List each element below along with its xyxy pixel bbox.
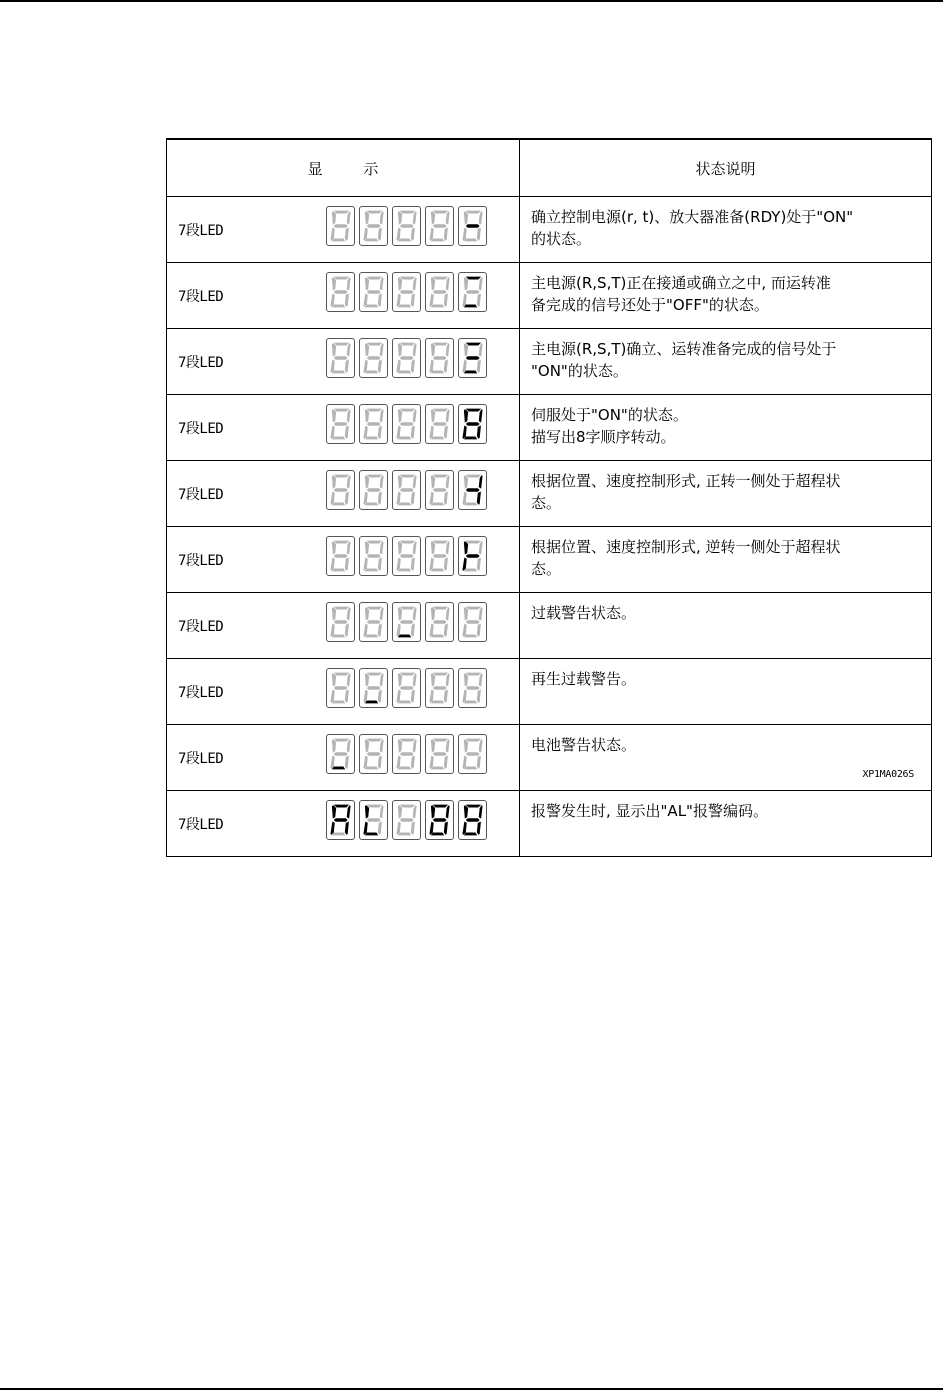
led-status-table: 显 示 状态说明 7段LED确立控制电源(r, t)、放大器准备(RDY)处于"… [166, 138, 932, 857]
seven-segment-display [326, 404, 487, 444]
seven-segment-digit-icon [326, 602, 355, 642]
table-row: 7段LED电池警告状态。 [167, 725, 932, 791]
seven-segment-digit-icon [458, 800, 487, 840]
seven-segment-display [326, 668, 487, 708]
seven-segment-digit-icon [359, 734, 388, 774]
display-cell: 7段LED [167, 725, 520, 791]
seven-segment-display [326, 536, 487, 576]
status-description: 确立控制电源(r, t)、放大器准备(RDY)处于"ON"的状态。 [520, 197, 932, 263]
display-cell: 7段LED [167, 263, 520, 329]
page-bottom-rule [0, 1388, 943, 1390]
seven-segment-digit-icon [326, 206, 355, 246]
description-line: 确立控制电源(r, t)、放大器准备(RDY)处于"ON" [531, 206, 921, 228]
led-label: 7段LED [178, 220, 223, 240]
seven-segment-digit-icon [359, 404, 388, 444]
seven-segment-digit-icon [458, 536, 487, 576]
description-line: 描写出8字顺序转动。 [531, 426, 921, 448]
description-line: 备完成的信号还处于"OFF"的状态。 [531, 294, 921, 316]
seven-segment-digit-icon [425, 206, 454, 246]
seven-segment-display [326, 338, 487, 378]
seven-segment-digit-icon [326, 800, 355, 840]
seven-segment-digit-icon [425, 272, 454, 312]
table-row: 7段LED过载警告状态。 [167, 593, 932, 659]
seven-segment-digit-icon [326, 272, 355, 312]
seven-segment-digit-icon [326, 404, 355, 444]
description-line: 根据位置、速度控制形式, 逆转一侧处于超程状 [531, 536, 921, 558]
seven-segment-digit-icon [392, 206, 421, 246]
description-line: 报警发生时, 显示出"AL"报警编码。 [531, 800, 921, 822]
status-description: 过载警告状态。 [520, 593, 932, 659]
seven-segment-display [326, 800, 487, 840]
display-cell: 7段LED [167, 659, 520, 725]
description-line: 过载警告状态。 [531, 602, 921, 624]
display-cell: 7段LED [167, 593, 520, 659]
seven-segment-digit-icon [326, 470, 355, 510]
description-line: 的状态。 [531, 228, 921, 250]
description-line: 主电源(R,S,T)确立、运转准备完成的信号处于 [531, 338, 921, 360]
led-label: 7段LED [178, 484, 223, 504]
seven-segment-digit-icon [458, 206, 487, 246]
seven-segment-digit-icon [458, 338, 487, 378]
led-label: 7段LED [178, 550, 223, 570]
display-cell: 7段LED [167, 329, 520, 395]
seven-segment-digit-icon [392, 668, 421, 708]
seven-segment-digit-icon [458, 734, 487, 774]
seven-segment-digit-icon [458, 668, 487, 708]
seven-segment-digit-icon [392, 470, 421, 510]
seven-segment-digit-icon [359, 338, 388, 378]
seven-segment-digit-icon [326, 734, 355, 774]
description-line: 态。 [531, 558, 921, 580]
led-label: 7段LED [178, 814, 223, 834]
seven-segment-digit-icon [359, 536, 388, 576]
status-description: 再生过载警告。 [520, 659, 932, 725]
status-description: 根据位置、速度控制形式, 逆转一侧处于超程状态。 [520, 527, 932, 593]
seven-segment-digit-icon [392, 338, 421, 378]
seven-segment-digit-icon [359, 470, 388, 510]
led-label: 7段LED [178, 748, 223, 768]
led-label: 7段LED [178, 682, 223, 702]
seven-segment-digit-icon [392, 272, 421, 312]
table-row: 7段LED确立控制电源(r, t)、放大器准备(RDY)处于"ON"的状态。 [167, 197, 932, 263]
table-row: 7段LED根据位置、速度控制形式, 逆转一侧处于超程状态。 [167, 527, 932, 593]
status-description: 主电源(R,S,T)确立、运转准备完成的信号处于"ON"的状态。 [520, 329, 932, 395]
status-description: 主电源(R,S,T)正在接通或确立之中, 而运转准备完成的信号还处于"OFF"的… [520, 263, 932, 329]
display-cell: 7段LED [167, 461, 520, 527]
table-row: 7段LED伺服处于"ON"的状态。描写出8字顺序转动。 [167, 395, 932, 461]
table-row: 7段LED主电源(R,S,T)确立、运转准备完成的信号处于"ON"的状态。 [167, 329, 932, 395]
seven-segment-digit-icon [326, 668, 355, 708]
led-label: 7段LED [178, 616, 223, 636]
status-description: 报警发生时, 显示出"AL"报警编码。 [520, 791, 932, 857]
seven-segment-digit-icon [425, 734, 454, 774]
seven-segment-digit-icon [392, 734, 421, 774]
seven-segment-digit-icon [392, 404, 421, 444]
table-row: 7段LED根据位置、速度控制形式, 正转一侧处于超程状态。 [167, 461, 932, 527]
seven-segment-digit-icon [359, 602, 388, 642]
seven-segment-digit-icon [425, 668, 454, 708]
figure-code: XP1MA026S [863, 769, 915, 780]
header-display: 显 示 [167, 139, 520, 197]
header-description: 状态说明 [520, 139, 932, 197]
seven-segment-digit-icon [425, 800, 454, 840]
status-description: 根据位置、速度控制形式, 正转一侧处于超程状态。 [520, 461, 932, 527]
seven-segment-digit-icon [425, 470, 454, 510]
led-label: 7段LED [178, 418, 223, 438]
seven-segment-display [326, 470, 487, 510]
description-line: 电池警告状态。 [531, 734, 921, 756]
seven-segment-digit-icon [458, 602, 487, 642]
seven-segment-display [326, 734, 487, 774]
table-row: 7段LED报警发生时, 显示出"AL"报警编码。 [167, 791, 932, 857]
table-row: 7段LED再生过载警告。 [167, 659, 932, 725]
description-line: 再生过载警告。 [531, 668, 921, 690]
seven-segment-digit-icon [458, 272, 487, 312]
led-label: 7段LED [178, 286, 223, 306]
description-line: 伺服处于"ON"的状态。 [531, 404, 921, 426]
table-row: 7段LED主电源(R,S,T)正在接通或确立之中, 而运转准备完成的信号还处于"… [167, 263, 932, 329]
description-line: 主电源(R,S,T)正在接通或确立之中, 而运转准 [531, 272, 921, 294]
seven-segment-digit-icon [425, 602, 454, 642]
seven-segment-digit-icon [359, 800, 388, 840]
seven-segment-digit-icon [425, 338, 454, 378]
status-description: 伺服处于"ON"的状态。描写出8字顺序转动。 [520, 395, 932, 461]
page-top-rule [0, 0, 943, 2]
seven-segment-digit-icon [392, 800, 421, 840]
display-cell: 7段LED [167, 395, 520, 461]
seven-segment-digit-icon [425, 536, 454, 576]
description-line: 态。 [531, 492, 921, 514]
seven-segment-digit-icon [392, 536, 421, 576]
seven-segment-digit-icon [359, 272, 388, 312]
seven-segment-display [326, 602, 487, 642]
description-line: "ON"的状态。 [531, 360, 921, 382]
description-line: 根据位置、速度控制形式, 正转一侧处于超程状 [531, 470, 921, 492]
seven-segment-digit-icon [458, 404, 487, 444]
seven-segment-digit-icon [425, 404, 454, 444]
seven-segment-digit-icon [359, 668, 388, 708]
display-cell: 7段LED [167, 791, 520, 857]
table-header-row: 显 示 状态说明 [167, 139, 932, 197]
seven-segment-digit-icon [458, 470, 487, 510]
display-cell: 7段LED [167, 527, 520, 593]
seven-segment-digit-icon [326, 338, 355, 378]
seven-segment-display [326, 206, 487, 246]
seven-segment-digit-icon [392, 602, 421, 642]
seven-segment-digit-icon [359, 206, 388, 246]
seven-segment-display [326, 272, 487, 312]
led-label: 7段LED [178, 352, 223, 372]
seven-segment-digit-icon [326, 536, 355, 576]
status-description: 电池警告状态。 [520, 725, 932, 791]
display-cell: 7段LED [167, 197, 520, 263]
